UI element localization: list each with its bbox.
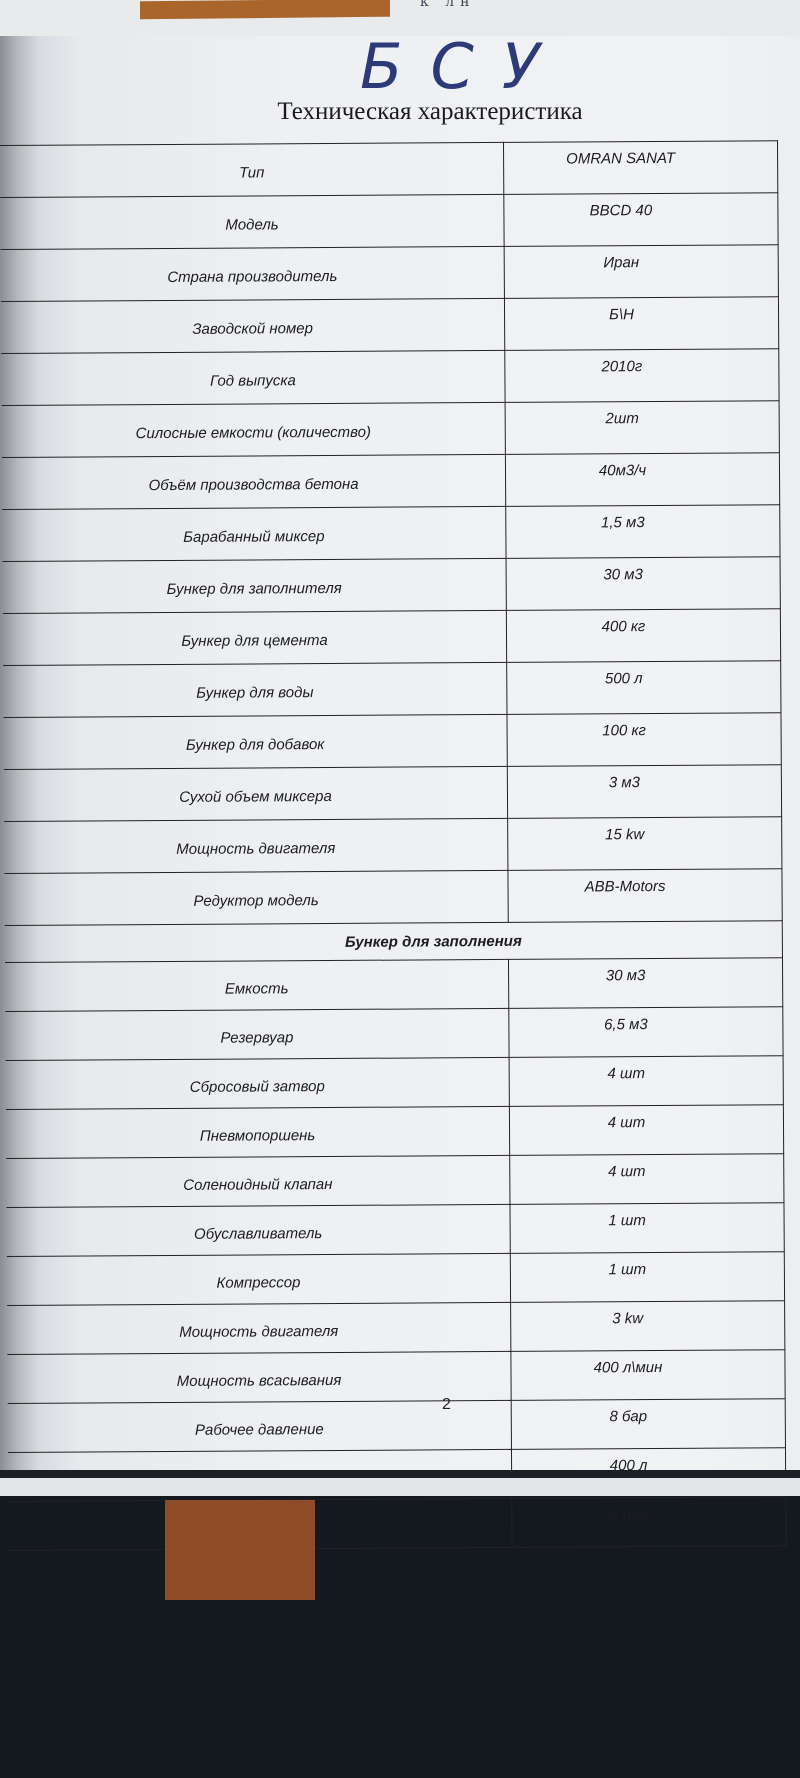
table-row: Объём производства бетона40м3/ч xyxy=(2,453,780,510)
page-title: Техническая характеристика xyxy=(0,98,800,126)
table-row: МодельBBCD 40 xyxy=(0,193,778,250)
spec-name: Мощность двигателя xyxy=(4,818,508,873)
spec-value: 30 м3 xyxy=(506,557,780,611)
spec-name: Редуктор модель xyxy=(4,870,508,925)
spec-value: 15 kw xyxy=(508,817,782,871)
table-row: Бункер для цемента400 кг xyxy=(3,609,781,666)
spec-name: Силосные емкости (количество) xyxy=(2,402,506,457)
table-row: Заводской номерБ\Н xyxy=(1,297,779,354)
table-row: Страна производительИран xyxy=(1,245,779,302)
table-row: Мощность двигателя3 kw xyxy=(7,1301,785,1355)
table-row: Рабочее давление8 бар xyxy=(8,1399,786,1453)
spec-value: 500 л xyxy=(507,661,781,715)
spec-name: Соленоидный клапан xyxy=(6,1155,510,1207)
spec-value: Б\Н xyxy=(504,297,778,351)
spec-name: Емкость xyxy=(5,959,509,1011)
tape-strip-bottom xyxy=(165,1500,315,1600)
document-page: к лн БСУ Техническая характеристика ТипO… xyxy=(0,0,800,1480)
table-row: Пневмопоршень4 шт xyxy=(6,1105,784,1159)
spec-value: 400 л\мин xyxy=(511,1350,785,1401)
top-scribble: к лн xyxy=(420,0,475,10)
table-row: Мощность всасывания400 л\мин xyxy=(7,1350,785,1404)
spec-name: Резервуар xyxy=(5,1008,509,1060)
spec-name: Сухой объем миксера xyxy=(4,766,508,821)
table-row: Год выпуска2010г xyxy=(1,349,779,406)
table-row: Вибратор песка2 шт xyxy=(8,1497,786,1551)
spec-name: Пневмопоршень xyxy=(6,1106,510,1158)
spec-value: 3 kw xyxy=(511,1301,785,1352)
spec-name: Компрессор xyxy=(7,1253,511,1305)
spec-value: 2010г xyxy=(505,349,779,403)
table-row: Редуктор модельABB-Motors xyxy=(4,869,782,926)
table-row: Компрессор1 шт xyxy=(7,1252,785,1306)
page-number: 2 xyxy=(442,1396,451,1414)
table-row: Сбросовый затвор4 шт xyxy=(6,1056,784,1110)
tape-strip-top xyxy=(140,0,390,19)
spec-value: 4 шт xyxy=(509,1105,783,1156)
spec-value: 8 бар xyxy=(511,1399,785,1450)
spec-value: BBCD 40 xyxy=(504,193,778,247)
spec-value: 100 кг xyxy=(507,713,781,767)
spec-value: 4 шт xyxy=(509,1056,783,1107)
spec-name: Бункер для воды xyxy=(3,662,507,717)
spec-value: Иран xyxy=(504,245,778,299)
main-specs: ТипOMRAN SANATМодельBBCD 40Страна произв… xyxy=(0,141,782,926)
spec-name: Барабанный миксер xyxy=(2,506,506,561)
table-row: ТипOMRAN SANAT xyxy=(0,141,778,198)
spec-name: Заводской номер xyxy=(1,298,505,353)
spec-name: Год выпуска xyxy=(1,350,505,405)
spec-name: Бункер для заполнителя xyxy=(3,558,507,613)
spec-value: 4 шт xyxy=(510,1154,784,1205)
spec-value: 1 шт xyxy=(510,1252,784,1303)
table-row: Обуславливатель1 шт xyxy=(6,1203,784,1257)
table-row: Силосные емкости (количество)2шт xyxy=(2,401,780,458)
hopper-specs: Емкость30 м3Резервуар6,5 м3Сбросовый зат… xyxy=(5,958,786,1551)
table-row: Бункер для воды500 л xyxy=(3,661,781,718)
table-row: Сухой объем миксера3 м3 xyxy=(4,765,782,822)
spec-value: ABB-Motors xyxy=(508,869,782,923)
spec-name: Рабочее давление xyxy=(8,1400,512,1452)
spec-name: Объём производства бетона xyxy=(2,454,506,509)
spec-value: 1 шт xyxy=(510,1203,784,1254)
spec-value: 2шт xyxy=(505,401,779,455)
spec-name: Модель xyxy=(0,194,504,249)
table-row: Соленоидный клапан4 шт xyxy=(6,1154,784,1208)
table-row: Бункер для заполнителя30 м3 xyxy=(3,557,781,614)
table-row: Барабанный миксер1,5 м3 xyxy=(2,505,780,562)
table-row: Бункер для добавок100 кг xyxy=(3,713,781,770)
section-row: Бункер для заполнения xyxy=(5,921,783,963)
spec-table: ТипOMRAN SANATМодельBBCD 40Страна произв… xyxy=(0,140,787,1551)
spec-name: Тип xyxy=(0,142,504,197)
spec-value: 3 м3 xyxy=(507,765,781,819)
spec-name: Бункер для цемента xyxy=(3,610,507,665)
spec-value: 30 м3 xyxy=(508,958,782,1009)
spec-value: 1,5 м3 xyxy=(506,505,780,559)
spec-value: 400 кг xyxy=(506,609,780,663)
table-row: Мощность двигателя15 kw xyxy=(4,817,782,874)
table-row: Резервуар6,5 м3 xyxy=(5,1007,783,1061)
spec-name: Обуславливатель xyxy=(6,1204,510,1256)
section-title: Бункер для заполнения xyxy=(5,921,783,963)
page-edge xyxy=(0,1470,800,1478)
table-row: Емкость30 м3 xyxy=(5,958,783,1012)
underlying-page xyxy=(0,1478,800,1496)
spec-name: Мощность всасывания xyxy=(7,1351,511,1403)
spec-name: Мощность двигателя xyxy=(7,1302,511,1354)
spec-value: 2 шт xyxy=(512,1497,786,1548)
spec-name: Сбросовый затвор xyxy=(6,1057,510,1109)
spec-value: 40м3/ч xyxy=(505,453,779,507)
spec-name: Бункер для добавок xyxy=(3,714,507,769)
handwritten-note: БСУ xyxy=(360,30,568,103)
spec-value: 6,5 м3 xyxy=(509,1007,783,1058)
spec-name: Страна производитель xyxy=(1,246,505,301)
section-header: Бункер для заполнения xyxy=(5,921,783,963)
spec-value: OMRAN SANAT xyxy=(503,141,777,195)
